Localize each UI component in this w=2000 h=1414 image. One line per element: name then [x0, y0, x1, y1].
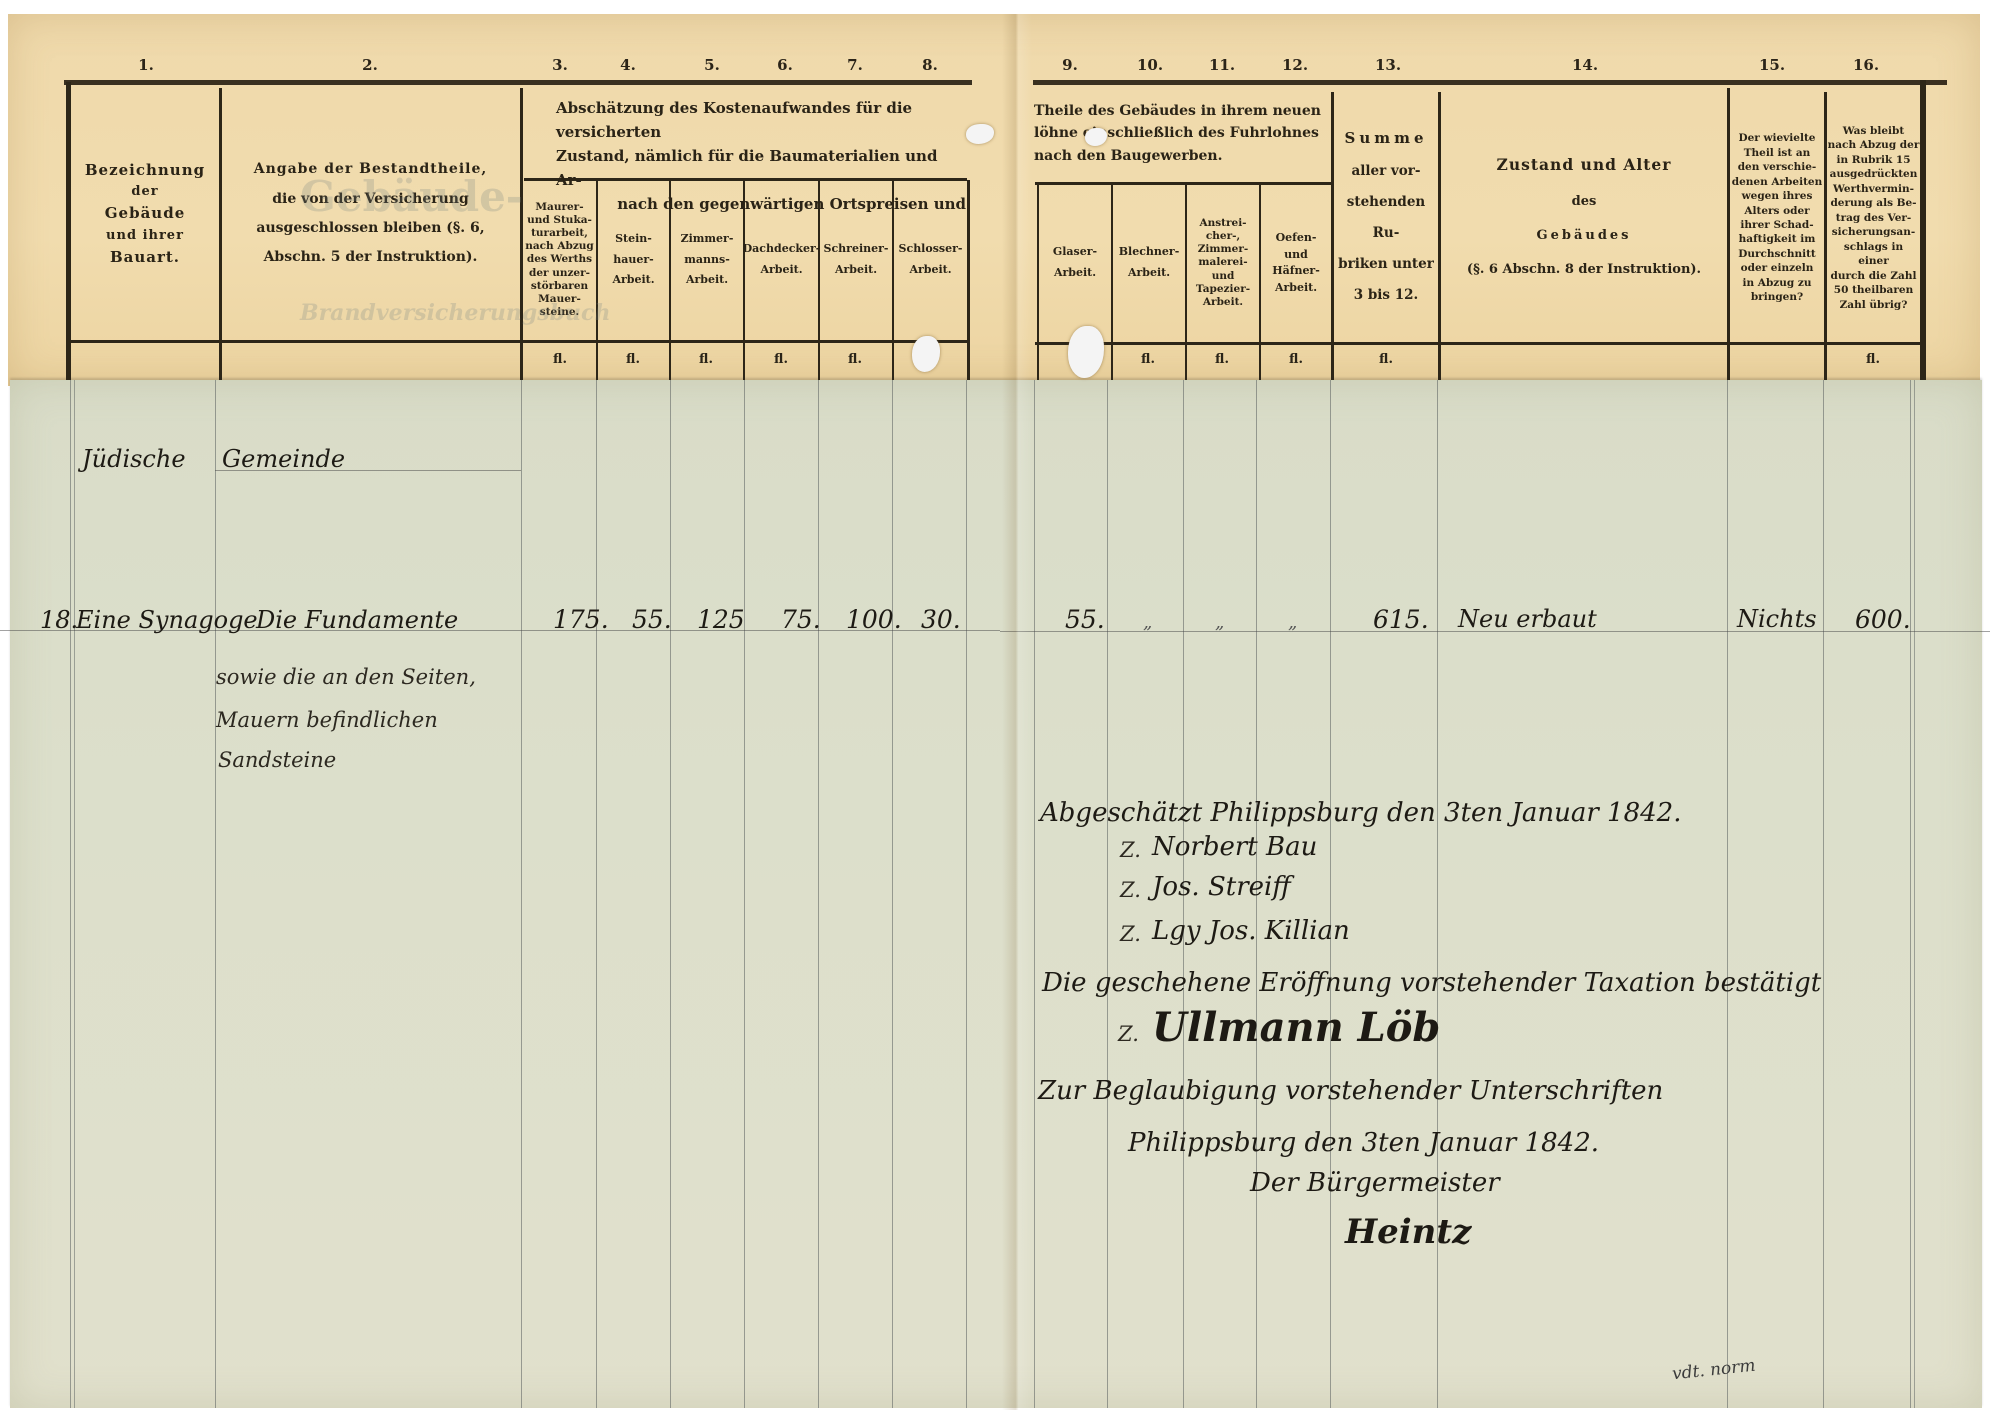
- header-text: derung als Be-: [1830, 196, 1916, 210]
- header-text: oder einzeln: [1741, 261, 1814, 275]
- value-schreiner: 100.: [846, 605, 902, 634]
- header-col1-bezeichnung: Bezeichnung der Gebäude und ihrer Bauart…: [72, 90, 218, 338]
- owner-heading-2: Gemeinde: [222, 445, 345, 473]
- signer-prefix: Z.: [1120, 838, 1141, 862]
- column-rule: [70, 380, 71, 1408]
- header-text: Glaser-: [1053, 242, 1097, 263]
- header-text: Abschn. 5 der Instruktion).: [264, 243, 478, 272]
- header-text: Durchschnitt: [1738, 247, 1816, 261]
- column-number-6: 6.: [777, 56, 793, 74]
- header-text: Arbeit.: [686, 270, 728, 291]
- header-text: Theile des Gebäudes in ihrem neuen: [1034, 100, 1334, 122]
- header-text: Schlosser-: [899, 239, 963, 260]
- header-text: Theil ist an: [1744, 146, 1811, 160]
- beglaubigung-line: Zur Beglaubigung vorstehender Unterschri…: [1038, 1076, 1663, 1106]
- currency-unit: fl.: [848, 352, 862, 367]
- signer-name: Lgy Jos. Killian: [1152, 916, 1350, 946]
- column-rule: [1330, 380, 1331, 1408]
- header-text: hauer-: [613, 250, 653, 271]
- header-col7-schreiner: Schreiner- Arbeit.: [820, 182, 892, 338]
- column-number-4: 4.: [620, 56, 636, 74]
- signer-name: Jos. Streiff: [1152, 872, 1291, 902]
- currency-unit: fl.: [699, 352, 713, 367]
- mayor-signature: Heintz: [1345, 1212, 1471, 1252]
- column-number-2: 2.: [362, 56, 378, 74]
- header-text: ausgedrückten: [1830, 167, 1918, 181]
- header-col3-maurer: Maurer- und Stuka- turarbeit, nach Abzug…: [523, 182, 596, 338]
- header-text: Blechner-: [1119, 242, 1180, 263]
- header-text: Summe: [1344, 121, 1427, 156]
- header-text: bringen?: [1751, 290, 1803, 304]
- excluded-parts-line-2: sowie die an den Seiten,: [216, 665, 476, 689]
- column-number-14: 14.: [1572, 56, 1598, 74]
- value-verbleibt: 600.: [1855, 605, 1911, 634]
- ledger-sheet: [10, 380, 1982, 1408]
- header-text: Dachdecker-: [743, 239, 821, 260]
- group-divider: [1035, 182, 1331, 185]
- column-rule: [596, 380, 597, 1408]
- header-text: Arbeit.: [1128, 263, 1170, 284]
- header-col11-anstreicher: Anstrei- cher-, Zimmer- malerei- und Tap…: [1187, 186, 1259, 340]
- value-schlosser: 30.: [921, 605, 961, 634]
- header-text: steine.: [540, 306, 579, 319]
- header-text: denen Arbeiten: [1732, 175, 1822, 189]
- column-number-5: 5.: [704, 56, 720, 74]
- value-abzug: Nichts: [1737, 605, 1817, 633]
- confirmation-line: Die geschehene Eröffnung vorstehender Ta…: [1042, 968, 1821, 998]
- header-text: nach Abzug der: [1828, 138, 1920, 152]
- header-text: Arbeit.: [760, 260, 802, 281]
- header-text: Der wievielte: [1739, 131, 1816, 145]
- column-rule: [744, 380, 745, 1408]
- signer-prefix: Z.: [1120, 878, 1141, 902]
- attestation-line: Abgeschätzt Philippsburg den 3ten Januar…: [1040, 798, 1681, 828]
- header-text: der unzer-: [529, 267, 590, 280]
- header-text: und: [1212, 270, 1235, 283]
- header-text: der: [131, 182, 158, 202]
- excluded-parts-line-3: Mauern befindlichen: [216, 708, 438, 732]
- header-text: malerei-: [1198, 256, 1247, 269]
- header-col13-summe: Summe aller vor- stehenden Ru- briken un…: [1334, 92, 1438, 340]
- value-oefen: „: [1288, 612, 1297, 633]
- header-text: Arbeit.: [1203, 296, 1243, 309]
- value-zimmermann: 125: [697, 605, 745, 634]
- header-col2-bestandtheile: Angabe der Bestandtheile, die von der Ve…: [222, 90, 519, 338]
- column-rule: [1034, 380, 1035, 1408]
- header-text: Arbeit.: [612, 270, 654, 291]
- row-number: 18.: [40, 606, 78, 634]
- header-text: Maurer-: [535, 201, 583, 214]
- header-text: Schreiner-: [824, 239, 889, 260]
- signer-prefix: Z.: [1118, 1022, 1139, 1046]
- column-rule: [1727, 380, 1728, 1408]
- header-text: Zimmer-: [1198, 243, 1248, 256]
- header-text: aller vor-: [1352, 156, 1421, 187]
- header-text: des Werths: [527, 253, 592, 266]
- header-text: stehenden Ru-: [1334, 187, 1438, 249]
- column-number-8: 8.: [922, 56, 938, 74]
- header-col9-glaser: Glaser- Arbeit.: [1039, 186, 1111, 340]
- col-divider: [967, 180, 970, 380]
- column-rule: [215, 380, 216, 1408]
- header-text: des: [1572, 185, 1597, 219]
- header-text: Gebäude: [105, 202, 186, 225]
- owner-heading-1: Jüdische: [82, 445, 186, 473]
- frame-right-border: [1920, 80, 1926, 380]
- column-number-7: 7.: [847, 56, 863, 74]
- header-text: Bezeichnung: [85, 159, 205, 182]
- column-number-9: 9.: [1062, 56, 1078, 74]
- column-rule: [1437, 380, 1438, 1408]
- header-col14-zustand: Zustand und Alter des Gebäudes (§. 6 Abs…: [1441, 92, 1727, 340]
- header-text: Bauart.: [110, 246, 180, 269]
- column-rule: [818, 380, 819, 1408]
- header-text: ausgeschlossen bleiben (§. 6,: [256, 214, 484, 243]
- currency-unit: fl.: [1141, 352, 1155, 367]
- value-dachdecker: 75.: [781, 605, 821, 634]
- header-text: Gebäudes: [1536, 219, 1631, 253]
- header-text: Anstrei-: [1199, 217, 1246, 230]
- excluded-parts-line-4: Sandsteine: [218, 748, 336, 772]
- currency-unit: fl.: [1289, 352, 1303, 367]
- header-text: Arbeit.: [909, 260, 951, 281]
- header-col10-blechner: Blechner- Arbeit.: [1113, 186, 1185, 340]
- header-text: Zimmer-: [681, 229, 734, 250]
- currency-unit: fl.: [1379, 352, 1393, 367]
- place-date-line: Philippsburg den 3ten Januar 1842.: [1128, 1128, 1599, 1158]
- column-rule: [521, 380, 522, 1408]
- currency-unit: fl.: [1215, 352, 1229, 367]
- header-text: manns-: [684, 250, 730, 271]
- header-text: in Rubrik 15: [1836, 153, 1910, 167]
- column-rule: [1910, 380, 1911, 1408]
- header-col4-steinhauer: Stein- hauer- Arbeit.: [598, 182, 669, 338]
- header-text: 3 bis 12.: [1354, 280, 1418, 311]
- header-text: ihrer Schad-: [1740, 218, 1813, 232]
- header-text: haftigkeit im: [1739, 232, 1816, 246]
- header-text: 50 theilbaren: [1834, 283, 1913, 297]
- value-zustand: Neu erbaut: [1458, 605, 1597, 633]
- header-text: Werthvermin-: [1833, 182, 1914, 196]
- header-col16-verbleibt: Was bleibt nach Abzug der in Rubrik 15 a…: [1827, 96, 1920, 340]
- header-text: Arbeit.: [835, 260, 877, 281]
- building-designation: Eine Synagoge: [76, 606, 258, 634]
- header-text: briken unter: [1338, 249, 1434, 280]
- header-col8-schlosser: Schlosser- Arbeit.: [894, 182, 967, 338]
- column-number-12: 12.: [1282, 56, 1308, 74]
- header-text: schlags in einer: [1827, 240, 1920, 269]
- column-rule: [670, 380, 671, 1408]
- header-col15-abzug: Der wievielte Theil ist an den verschie-…: [1730, 96, 1824, 340]
- header-text: Mauer-: [538, 293, 581, 306]
- currency-unit: fl.: [553, 352, 567, 367]
- column-rule: [1823, 380, 1824, 1408]
- header-text: und Stuka-: [527, 214, 592, 227]
- header-text: den verschie-: [1738, 160, 1817, 174]
- frame-left-border: [66, 82, 71, 380]
- header-text: Tapezier-: [1196, 283, 1250, 296]
- header-text: Alters oder: [1744, 204, 1809, 218]
- header-text: Was bleibt: [1843, 124, 1904, 138]
- value-anstreicher: „: [1215, 612, 1224, 633]
- header-text: Oefen-: [1276, 230, 1317, 247]
- header-text: und ihrer: [106, 226, 184, 246]
- excluded-parts-line-1: Die Fundamente: [256, 606, 458, 634]
- confirm-signature: Ullmann Löb: [1152, 1004, 1440, 1051]
- column-number-16: 16.: [1853, 56, 1879, 74]
- value-steinhauer: 55.: [632, 605, 672, 634]
- header-text: nach Abzug: [525, 240, 594, 253]
- column-number-1: 1.: [138, 56, 154, 74]
- signer-name: Norbert Bau: [1152, 832, 1317, 862]
- value-summe: 615.: [1373, 605, 1429, 634]
- header-text: Arbeit.: [1054, 263, 1096, 284]
- header-text: nach den Baugewerben.: [1034, 145, 1334, 167]
- header-text: in Abzug zu: [1743, 276, 1812, 290]
- header-group-title-right: Theile des Gebäudes in ihrem neuen löhne…: [1034, 100, 1334, 167]
- column-number-13: 13.: [1375, 56, 1401, 74]
- header-text: Angabe der Bestandtheile,: [254, 155, 488, 184]
- header-text: wegen ihres: [1742, 189, 1813, 203]
- value-blechner: „: [1143, 612, 1152, 633]
- header-text: durch die Zahl: [1831, 269, 1917, 283]
- header-frame-top-right: [1033, 80, 1947, 85]
- header-text: turarbeit,: [531, 227, 588, 240]
- header-text: (§. 6 Abschn. 8 der Instruktion).: [1467, 253, 1701, 287]
- header-frame-top-left: [64, 80, 972, 85]
- header-text: sicherungsan-: [1832, 225, 1915, 239]
- header-text: und: [1284, 247, 1308, 264]
- header-text: die von der Versicherung: [272, 185, 469, 214]
- column-rule: [966, 380, 967, 1408]
- header-text: störbaren: [531, 280, 588, 293]
- column-number-11: 11.: [1209, 56, 1235, 74]
- header-text: Stein-: [615, 229, 652, 250]
- header-text: Arbeit.: [1275, 280, 1317, 297]
- header-bottom-rule: [1035, 342, 1925, 345]
- signer-prefix: Z.: [1120, 922, 1141, 946]
- currency-unit: fl.: [774, 352, 788, 367]
- header-text: löhne einschließlich des Fuhrlohnes: [1034, 122, 1334, 144]
- value-maurer: 175.: [553, 605, 609, 634]
- column-number-3: 3.: [552, 56, 568, 74]
- header-text: Abschätzung des Kostenaufwandes für die …: [556, 96, 966, 144]
- header-bottom-rule: [70, 340, 967, 343]
- column-number-15: 15.: [1759, 56, 1785, 74]
- mayor-title: Der Bürgermeister: [1250, 1168, 1500, 1198]
- column-number-10: 10.: [1137, 56, 1163, 74]
- value-glaser: 55.: [1065, 605, 1105, 634]
- header-col5-zimmermann: Zimmer- manns- Arbeit.: [671, 182, 743, 338]
- header-text: Zustand und Alter: [1497, 145, 1672, 185]
- header-text: cher-,: [1206, 230, 1240, 243]
- header-text: Häfner-: [1272, 263, 1320, 280]
- column-rule: [892, 380, 893, 1408]
- currency-unit: fl.: [626, 352, 640, 367]
- header-col12-oefen: Oefen- und Häfner- Arbeit.: [1261, 186, 1331, 340]
- header-text: trag des Ver-: [1836, 211, 1912, 225]
- column-rule: [1107, 380, 1108, 1408]
- currency-unit: fl.: [1866, 352, 1880, 367]
- header-col6-dachdecker: Dachdecker- Arbeit.: [745, 182, 818, 338]
- header-text: Zahl übrig?: [1840, 298, 1908, 312]
